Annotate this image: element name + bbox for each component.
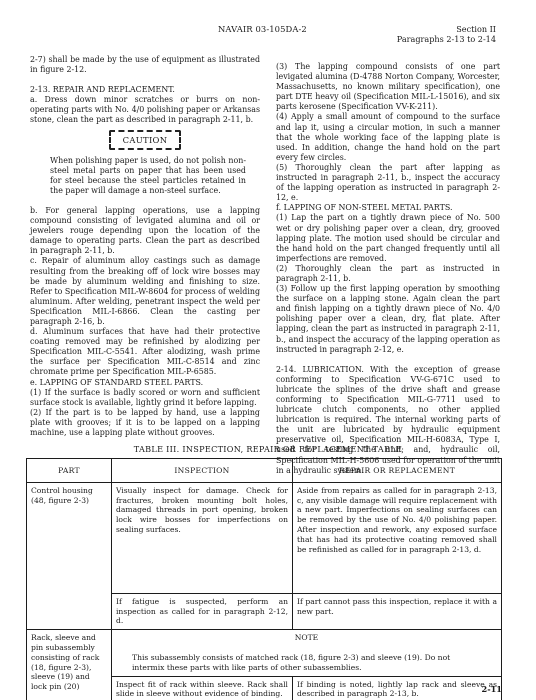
inspection-cell: If fatigue is suspected, perform an insp… [112, 593, 293, 629]
caution-box: CAUTION [30, 130, 260, 150]
paragraph-e1: (1) If the surface is badly scored or wo… [30, 388, 260, 408]
right-column: (3) The lapping compound consists of one… [276, 62, 500, 476]
paragraph-e5: (5) Thoroughly clean the part after lapp… [276, 163, 500, 203]
heading-2-13: 2-13. REPAIR AND REPLACEMENT. [30, 85, 260, 95]
paragraph-range: Paragraphs 2-13 to 2-14 [397, 34, 496, 44]
section-label: Section II [397, 24, 496, 34]
paragraph-e-heading: e. LAPPING OF STANDARD STEEL PARTS. [30, 378, 260, 388]
paragraph-c: c. Repair of aluminum alloy castings suc… [30, 256, 260, 327]
part-cell: Control housing (48, figure 2-3) [27, 482, 112, 629]
paragraph-f2: (2) Thoroughly clean the part as instruc… [276, 264, 500, 284]
left-column: 2-7) shall be made by the use of equipme… [30, 55, 260, 438]
continuation-text: 2-7) shall be made by the use of equipme… [30, 55, 260, 75]
inspection-repair-table: PART INSPECTION REPAIR OR REPLACEMENT Co… [26, 458, 502, 700]
paragraph-d: d. Aluminum surfaces that have had their… [30, 327, 260, 377]
paragraph-e2: (2) If the part is to be lapped by hand,… [30, 408, 260, 438]
table-title: TABLE III. INSPECTION, REPAIR OR REPLACE… [0, 444, 536, 454]
inspection-cell: Visually inspect for damage. Check for f… [112, 482, 293, 593]
header-repair: REPAIR OR REPLACEMENT [293, 459, 502, 483]
paragraph-b: b. For general lapping operations, use a… [30, 206, 260, 256]
note-text: This subassembly consists of matched rac… [116, 653, 497, 673]
caution-text: When polishing paper is used, do not pol… [50, 156, 246, 196]
paragraph-f-heading: f. LAPPING OF NON-STEEL METAL PARTS. [276, 203, 500, 213]
repair-cell: If part cannot pass this inspection, rep… [293, 593, 502, 629]
page-number: 2-11 [482, 684, 503, 694]
repair-cell: If binding is noted, lightly lap rack an… [293, 676, 502, 700]
caution-label: CAUTION [109, 130, 182, 150]
part-cell: Rack, sleeve and pin subassembly consist… [27, 630, 112, 700]
document-number: NAVAIR 03-105DA-2 [218, 24, 307, 34]
note-title: NOTE [116, 633, 497, 643]
header-part: PART [27, 459, 112, 483]
repair-cell: Aside from repairs as called for in para… [293, 482, 502, 593]
paragraph-e3: (3) The lapping compound consists of one… [276, 62, 500, 112]
paragraph-a: a. Dress down minor scratches or burrs o… [30, 95, 260, 125]
table-header-row: PART INSPECTION REPAIR OR REPLACEMENT [27, 459, 502, 483]
paragraph-e4: (4) Apply a small amount of compound to … [276, 112, 500, 162]
inspection-cell: Inspect fit of rack within sleeve. Rack … [112, 676, 293, 700]
section-reference: Section II Paragraphs 2-13 to 2-14 [397, 24, 496, 44]
paragraph-f3: (3) Follow up the first lapping operatio… [276, 284, 500, 355]
table-row: Rack, sleeve and pin subassembly consist… [27, 630, 502, 676]
note-cell: NOTE This subassembly consists of matche… [112, 630, 502, 676]
table-row: Control housing (48, figure 2-3) Visuall… [27, 482, 502, 593]
paragraph-f1: (1) Lap the part on a tightly drawn piec… [276, 213, 500, 263]
header-inspection: INSPECTION [112, 459, 293, 483]
